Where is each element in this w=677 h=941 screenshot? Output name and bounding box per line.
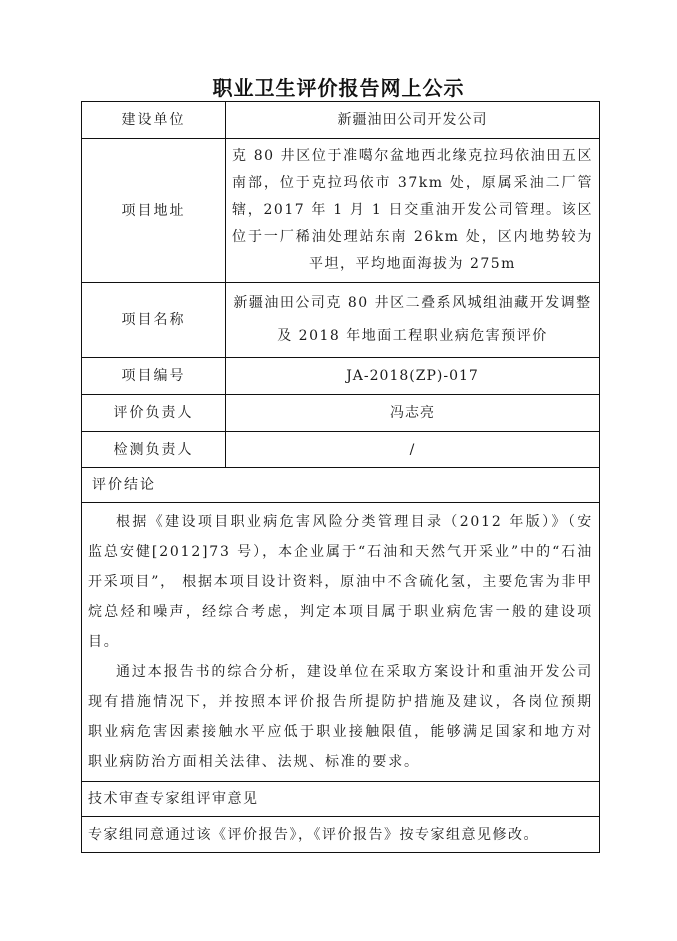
- conclusion-heading: 评价结论: [82, 468, 600, 503]
- row-evaluation-lead: 评价负责人 冯志亮: [82, 395, 600, 432]
- row-testing-lead: 检测负责人 /: [82, 432, 600, 468]
- row-conclusion-body: 根据《建设项目职业病危害风险分类管理目录（2012 年版）》（安监总安健[201…: [82, 503, 600, 782]
- disclosure-table: 建设单位 新疆油田公司开发公司 项目地址 克 80 井区位于准噶尔盆地西北缘克拉…: [81, 101, 600, 853]
- field-value: 克 80 井区位于准噶尔盆地西北缘克拉玛依油田五区南部，位于克拉玛依市 37km…: [226, 139, 600, 283]
- field-label: 项目编号: [82, 358, 226, 395]
- field-label: 检测负责人: [82, 432, 226, 468]
- field-value: 冯志亮: [226, 395, 600, 432]
- page-title: 职业卫生评价报告网上公示: [0, 72, 677, 101]
- field-label: 评价负责人: [82, 395, 226, 432]
- row-review-opinion: 专家组同意通过该《评价报告》，《评价报告》按专家组意见修改。: [82, 817, 600, 853]
- field-label: 建设单位: [82, 102, 226, 139]
- review-opinion: 专家组同意通过该《评价报告》，《评价报告》按专家组意见修改。: [82, 817, 600, 853]
- conclusion-body: 根据《建设项目职业病危害风险分类管理目录（2012 年版）》（安监总安健[201…: [82, 503, 600, 782]
- row-review-heading: 技术审查专家组评审意见: [82, 782, 600, 817]
- field-value: 新疆油田公司克 80 井区二叠系风城组油藏开发调整及 2018 年地面工程职业病…: [226, 283, 600, 358]
- field-value: JA-2018(ZP)-017: [226, 358, 600, 395]
- row-project-address: 项目地址 克 80 井区位于准噶尔盆地西北缘克拉玛依油田五区南部，位于克拉玛依市…: [82, 139, 600, 283]
- row-project-name: 项目名称 新疆油田公司克 80 井区二叠系风城组油藏开发调整及 2018 年地面…: [82, 283, 600, 358]
- conclusion-paragraph: 通过本报告书的综合分析，建设单位在采取方案设计和重油开发公司现有措施情况下，并按…: [88, 657, 593, 777]
- review-heading: 技术审查专家组评审意见: [82, 782, 600, 817]
- row-construction-unit: 建设单位 新疆油田公司开发公司: [82, 102, 600, 139]
- conclusion-paragraph: 根据《建设项目职业病危害风险分类管理目录（2012 年版）》（安监总安健[201…: [88, 507, 593, 657]
- field-value: /: [226, 432, 600, 468]
- field-label: 项目地址: [82, 139, 226, 283]
- row-project-number: 项目编号 JA-2018(ZP)-017: [82, 358, 600, 395]
- field-label: 项目名称: [82, 283, 226, 358]
- row-conclusion-heading: 评价结论: [82, 468, 600, 503]
- field-value: 新疆油田公司开发公司: [226, 102, 600, 139]
